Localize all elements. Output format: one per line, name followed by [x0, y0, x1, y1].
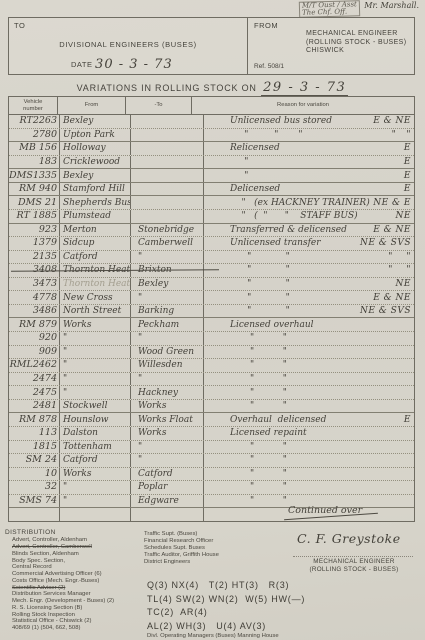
date-line: DATE 30 - 3 - 73 — [71, 56, 173, 71]
distribution-item: Mech. Engr. (Development - Buses) (2) — [5, 598, 114, 605]
vehicle-number-cell: RML2462 — [9, 359, 60, 372]
distribution-item: Scientific Adviser (2) — [5, 585, 114, 592]
reason-cell: " E — [204, 169, 414, 182]
table-row: 32 " Poplar " " — [9, 481, 414, 495]
table-row: 920 " " " " — [9, 332, 414, 346]
vehicle-number-cell: 113 — [9, 427, 60, 440]
vehicle-number-cell: 32 — [9, 481, 60, 494]
to-cell: Works — [131, 427, 204, 440]
table-row: RT 1885 Plumstead " ( " " STAFF BUS) NE — [9, 210, 414, 224]
reason-text: " " — [230, 333, 411, 343]
variations-table: Vehiclenumber From -To Reason for variat… — [8, 96, 415, 522]
vehicle-number-cell: 923 — [9, 224, 60, 237]
signature-title: MECHANICAL ENGINEER (ROLLING STOCK - BUS… — [292, 558, 416, 574]
table-row: RM 940 Stamford Hill Delicensed E — [9, 183, 414, 197]
vehicle-number-cell: 2474 — [9, 373, 60, 386]
reason-cell: " " — [204, 359, 414, 372]
variation-code: E — [404, 157, 411, 167]
reason-text: " " — [230, 360, 411, 370]
reason-cell: " " " " " — [204, 129, 414, 142]
reason-cell: " " — [204, 441, 414, 454]
code-line: Q(3) NX(4) T(2) HT(3) R(3) — [147, 579, 305, 593]
reason-text: Unlicensed bus stored — [230, 116, 373, 126]
to-cell: Works Float — [131, 413, 204, 426]
from-line3: CHISWICK — [306, 47, 406, 56]
from-cell: Bexley — [60, 169, 131, 182]
to-cell: Catford — [131, 468, 204, 481]
table-header-row: Vehiclenumber From -To Reason for variat… — [9, 97, 414, 115]
variation-code: E — [404, 143, 411, 153]
pencil-scribble: M/T Oust / Asst The Chf. Off. — [299, 0, 360, 18]
header-box: TO DIVISIONAL ENGINEERS (BUSES) DATE 30 … — [8, 17, 415, 75]
from-cell: Cricklewood — [60, 156, 131, 169]
reason-cell: Delicensed E — [204, 183, 414, 196]
table-row: RM 879 Works Peckham Licensed overhaul — [9, 318, 414, 332]
signature-rule — [293, 556, 413, 557]
from-cell: Stockwell — [60, 400, 131, 413]
to-cell — [131, 129, 204, 142]
distribution-item: Costs Office (Mech. Engr.-Buses) — [5, 578, 114, 585]
reason-text: Delicensed — [230, 184, 404, 194]
from-cell: Stamford Hill — [60, 183, 131, 196]
distribution-item: Statistical Office - Chiswick (2) — [5, 618, 114, 625]
variation-code: " " — [392, 130, 411, 140]
to-cell — [131, 169, 204, 182]
reason-text: " " — [230, 374, 411, 384]
title-printed: VARIATIONS IN ROLLING STOCK ON — [77, 83, 257, 93]
from-cell: New Cross — [60, 291, 131, 304]
variation-code: NE — [396, 279, 411, 289]
table-row: 923 Merton Stonebridge Transferred & del… — [9, 224, 414, 238]
distribution-item: Distribution Services Manager — [5, 591, 114, 598]
table-row: 3486 North Street Barking " " NE & SVS — [9, 305, 414, 319]
col-header-vehicle: Vehiclenumber — [9, 97, 58, 114]
table-row: 4778 New Cross " " " E & NE — [9, 291, 414, 305]
annotation-name: Mr. Marshall. — [364, 2, 419, 9]
reason-text: Unlicensed transfer — [230, 238, 360, 248]
variation-code: NE & SVS — [360, 306, 411, 316]
table-row: 2481 Stockwell Works " " — [9, 400, 414, 414]
reason-text: " " — [230, 279, 396, 289]
reason-text: " " — [230, 347, 411, 357]
to-cell: Wood Green — [131, 346, 204, 359]
vehicle-number-cell: SM 24 — [9, 454, 60, 467]
reason-cell: " " NE — [204, 278, 414, 291]
to-cell — [131, 183, 204, 196]
reason-cell: " " — [204, 373, 414, 386]
reason-text: " " — [230, 442, 411, 452]
vehicle-number-cell: 1379 — [9, 237, 60, 250]
reason-text: " " — [230, 293, 373, 303]
table-row: 113 Dalston Works Licensed repaint — [9, 427, 414, 441]
to-cell: Willesden — [131, 359, 204, 372]
reason-text: Licensed repaint — [230, 428, 411, 438]
reason-cell: " " — [204, 454, 414, 467]
to-cell: " — [131, 332, 204, 345]
vehicle-number-cell: 1815 — [9, 441, 60, 454]
to-cell — [131, 196, 204, 209]
to-value: DIVISIONAL ENGINEERS (BUSES) — [9, 40, 247, 49]
from-cell: Holloway — [60, 142, 131, 155]
reason-cell: Unlicensed bus stored E & NE — [204, 115, 414, 128]
to-cell: " — [131, 291, 204, 304]
variation-code: " " — [388, 252, 411, 262]
form-title: VARIATIONS IN ROLLING STOCK ON 29 - 3 - … — [0, 78, 425, 96]
table-row: 3473 Thornton Heath Bexley " " NE — [9, 278, 414, 292]
reason-cell: " " — [204, 332, 414, 345]
col-header-from: From — [58, 97, 126, 114]
col-header-to: -To — [126, 97, 192, 114]
table-row: 909 " Wood Green " " — [9, 346, 414, 360]
table-row: RT2263 Bexley Unlicensed bus stored E & … — [9, 115, 414, 129]
reason-text: " " " — [230, 130, 392, 140]
col-header-reason: Reason for variation — [192, 97, 414, 114]
from-cell: " — [60, 373, 131, 386]
table-row: 1815 Tottenham " " " — [9, 441, 414, 455]
vehicle-number-cell: RT 1885 — [9, 210, 60, 223]
distribution-item: Traffic Supt. (Buses) — [144, 531, 219, 538]
variation-code: NE & E — [373, 198, 411, 208]
vehicle-number-cell: 183 — [9, 156, 60, 169]
table-row: 183 Cricklewood " E — [9, 156, 414, 170]
from-address: MECHANICAL ENGINEER (ROLLING STOCK - BUS… — [306, 30, 406, 56]
variation-code: E & NE — [373, 225, 411, 235]
from-cell: Thornton Heath — [60, 278, 131, 291]
from-cell: Bexley — [60, 115, 131, 128]
to-cell: Barking — [131, 305, 204, 318]
from-cell: Catford — [60, 251, 131, 264]
scribble-line2: The Chf. Off. — [302, 8, 347, 17]
pencil-annotation: M/T Oust / Asst The Chf. Off. Mr. Marsha… — [299, 1, 419, 17]
header-from-cell: FROM MECHANICAL ENGINEER (ROLLING STOCK … — [248, 18, 414, 74]
reason-cell: Relicensed E — [204, 142, 414, 155]
code-line: AL(2) WH(3) U(4) AV(3) — [147, 620, 305, 634]
from-cell: Merton — [60, 224, 131, 237]
variation-code: NE & SVS — [360, 238, 411, 248]
distribution-item: R. S. Licensing Section (B) — [5, 605, 114, 612]
vehicle-number-cell: 3473 — [9, 278, 60, 291]
reason-cell: " " — [204, 346, 414, 359]
reason-text: Transferred & delicensed — [230, 225, 373, 235]
ref-number: Ref. 508/1 — [254, 63, 284, 70]
reason-text: " " — [230, 388, 411, 398]
reason-cell: Licensed overhaul — [204, 318, 414, 331]
reason-cell: Unlicensed transfer NE & SVS — [204, 237, 414, 250]
distribution-item: District Engineers — [144, 559, 219, 566]
to-cell — [131, 210, 204, 223]
reason-text: " — [230, 171, 404, 181]
code-line: TC(2) AR(4) — [147, 606, 305, 620]
to-cell: " — [131, 454, 204, 467]
reason-cell: Overhaul delicensed E — [204, 413, 414, 426]
table-row: 2780 Upton Park " " " " " — [9, 129, 414, 143]
from-cell: Hounslow — [60, 413, 131, 426]
distribution-item: Traffic Auditor, Griffith House — [144, 552, 219, 559]
table-row: 3408 Thornton Heath Brixton " " " " — [9, 264, 414, 278]
from-line2: (ROLLING STOCK - BUSES) — [306, 39, 406, 48]
to-cell: Poplar — [131, 481, 204, 494]
vehicle-number-cell: RT2263 — [9, 115, 60, 128]
to-cell — [131, 115, 204, 128]
from-line1: MECHANICAL ENGINEER — [306, 30, 406, 39]
signature: C. F. Greystoke — [297, 531, 401, 546]
vehicle-number-cell: RM 940 — [9, 183, 60, 196]
table-row: DMS1335 Bexley " E — [9, 169, 414, 183]
from-cell: Upton Park — [60, 129, 131, 142]
to-cell — [131, 508, 204, 521]
variation-code: E — [404, 184, 411, 194]
from-cell: Shepherds Bush — [60, 196, 131, 209]
reason-cell: " " " " — [204, 251, 414, 264]
vehicle-number-cell: SMS 74 — [9, 495, 60, 508]
reason-text: " " — [230, 401, 411, 411]
to-cell: Camberwell — [131, 237, 204, 250]
from-cell: Sidcup — [60, 237, 131, 250]
to-cell: " — [131, 251, 204, 264]
reason-text: Overhaul delicensed — [230, 415, 404, 425]
from-cell: Catford — [60, 454, 131, 467]
reason-cell: " " — [204, 386, 414, 399]
reason-cell: " " NE & SVS — [204, 305, 414, 318]
scanned-form-page: M/T Oust / Asst The Chf. Off. Mr. Marsha… — [0, 0, 425, 640]
distribution-item: Commercial Advertising Officer (6) — [5, 571, 114, 578]
table-row: MB 156 Holloway Relicensed E — [9, 142, 414, 156]
distribution-item: Body Spec. Section, — [5, 558, 114, 565]
vehicle-number-cell: DMS 21 — [9, 196, 60, 209]
table-row: 2475 " Hackney " " — [9, 386, 414, 400]
vehicle-number-cell: 3486 — [9, 305, 60, 318]
signature-title-line2: (ROLLING STOCK - BUSES) — [292, 566, 416, 574]
reason-cell: " E — [204, 156, 414, 169]
reason-text: " " — [230, 252, 388, 262]
vehicle-number-cell: 2475 — [9, 386, 60, 399]
table-row: SM 24 Catford " " " — [9, 454, 414, 468]
from-cell: " — [60, 332, 131, 345]
variation-code: E — [404, 171, 411, 181]
bottom-cut-line: Divl. Operating Managers (Buses) Manning… — [147, 633, 279, 639]
variation-code: NE — [396, 211, 411, 221]
from-cell: Dalston — [60, 427, 131, 440]
table-row: RML2462 " Willesden " " — [9, 359, 414, 373]
vehicle-number-cell: 2135 — [9, 251, 60, 264]
table-row: RM 878 Hounslow Works Float Overhaul del… — [9, 413, 414, 427]
from-cell: " — [60, 346, 131, 359]
vehicle-number-cell: RM 878 — [9, 413, 60, 426]
table-row: 2135 Catford " " " " " — [9, 251, 414, 265]
distribution-item: Central Record — [5, 564, 114, 571]
reason-cell: " " — [204, 481, 414, 494]
variation-code: E & NE — [373, 293, 411, 303]
reason-text: " " — [230, 469, 411, 479]
reason-cell: " ( " " STAFF BUS) NE — [204, 210, 414, 223]
header-to-cell: TO DIVISIONAL ENGINEERS (BUSES) DATE 30 … — [9, 18, 248, 74]
vehicle-number-cell: 2481 — [9, 400, 60, 413]
variation-code: E & NE — [373, 116, 411, 126]
table-row: 10 Works Catford " " — [9, 468, 414, 482]
reason-text: " " — [230, 455, 411, 465]
table-row: 1379 Sidcup Camberwell Unlicensed transf… — [9, 237, 414, 251]
distribution-item: Schedules Supt. Buses — [144, 545, 219, 552]
reason-cell: " " " " — [204, 264, 414, 277]
from-cell: Tottenham — [60, 441, 131, 454]
from-cell: Works — [60, 318, 131, 331]
reason-text: " ( " " STAFF BUS) — [230, 211, 396, 221]
vehicle-number-cell: 920 — [9, 332, 60, 345]
date-label: DATE — [71, 60, 92, 69]
to-cell — [131, 156, 204, 169]
to-cell: Stonebridge — [131, 224, 204, 237]
vehicle-number-cell: DMS1335 — [9, 169, 60, 182]
distribution-item: Rolling Stock Inspection — [5, 612, 114, 619]
variation-code: " " — [388, 265, 411, 275]
to-cell: " — [131, 373, 204, 386]
from-cell: " — [60, 359, 131, 372]
from-cell: North Street — [60, 305, 131, 318]
to-cell: Edgware — [131, 495, 204, 508]
to-cell: " — [131, 441, 204, 454]
reason-text: " (ex HACKNEY TRAINER) — [230, 198, 373, 208]
reason-cell: Transferred & delicensed E & NE — [204, 224, 414, 237]
from-cell: " — [60, 386, 131, 399]
variation-code: E — [404, 415, 411, 425]
from-cell: Plumstead — [60, 210, 131, 223]
vehicle-number-cell: MB 156 — [9, 142, 60, 155]
signature-title-line1: MECHANICAL ENGINEER — [292, 558, 416, 566]
to-cell: Works — [131, 400, 204, 413]
reason-cell: Licensed repaint — [204, 427, 414, 440]
reason-cell: " " — [204, 468, 414, 481]
vehicle-number-cell: 2780 — [9, 129, 60, 142]
reason-text: " " — [230, 482, 411, 492]
reason-text: Relicensed — [230, 143, 404, 153]
vehicle-number-cell: RM 879 — [9, 318, 60, 331]
table-body: RT2263 Bexley Unlicensed bus stored E & … — [9, 115, 414, 521]
from-cell: " — [60, 495, 131, 508]
distribution-item: Blinds Section, Aldenham — [5, 551, 114, 558]
date-value-handwritten: 30 - 3 - 73 — [95, 57, 173, 72]
reason-cell: " " E & NE — [204, 291, 414, 304]
reason-text: Licensed overhaul — [230, 320, 411, 330]
code-line: TL(4) SW(2) WN(2) W(5) HW(—) — [147, 593, 305, 607]
vehicle-number-cell: 4778 — [9, 291, 60, 304]
vehicle-number-cell: 10 — [9, 468, 60, 481]
to-cell: Peckham — [131, 318, 204, 331]
vehicle-number-cell: 909 — [9, 346, 60, 359]
distribution-block: DISTRIBUTION Advert, Controller, Aldenha… — [5, 530, 114, 632]
from-cell: Works — [60, 468, 131, 481]
reason-text: " " — [230, 306, 360, 316]
continued-over-note: Continued over — [288, 505, 362, 516]
reason-cell: " " — [204, 400, 414, 413]
distribution-left-list: Advert, Controller, AldenhamAdvert, Cont… — [5, 537, 114, 632]
distribution-item: 408/69 (1) (504, 662, 508) — [5, 625, 114, 632]
title-date-handwritten: 29 - 3 - 73 — [261, 80, 348, 96]
vehicle-number-cell — [9, 508, 60, 521]
from-cell: " — [60, 481, 131, 494]
from-cell — [60, 508, 131, 521]
distribution-heading: DISTRIBUTION — [5, 530, 114, 537]
to-cell: Hackney — [131, 386, 204, 399]
garage-code-allocations: Q(3) NX(4) T(2) HT(3) R(3)TL(4) SW(2) WN… — [147, 579, 305, 633]
distribution-item: Financial Research Officer — [144, 538, 219, 545]
to-label: TO — [14, 21, 25, 30]
distribution-item: Advert, Controller, Camberwell — [5, 544, 114, 551]
distribution-mid-list: Traffic Supt. (Buses)Financial Research … — [144, 531, 219, 566]
table-row: 2474 " " " " — [9, 373, 414, 387]
table-row: DMS 21 Shepherds Bush " (ex HACKNEY TRAI… — [9, 196, 414, 210]
distribution-item: Advert, Controller, Aldenham — [5, 537, 114, 544]
reason-text: " " — [230, 265, 388, 275]
to-cell — [131, 142, 204, 155]
from-label: FROM — [254, 21, 278, 30]
reason-cell: " (ex HACKNEY TRAINER) NE & E — [204, 196, 414, 209]
reason-text: " — [230, 157, 404, 167]
to-cell: Bexley — [131, 278, 204, 291]
